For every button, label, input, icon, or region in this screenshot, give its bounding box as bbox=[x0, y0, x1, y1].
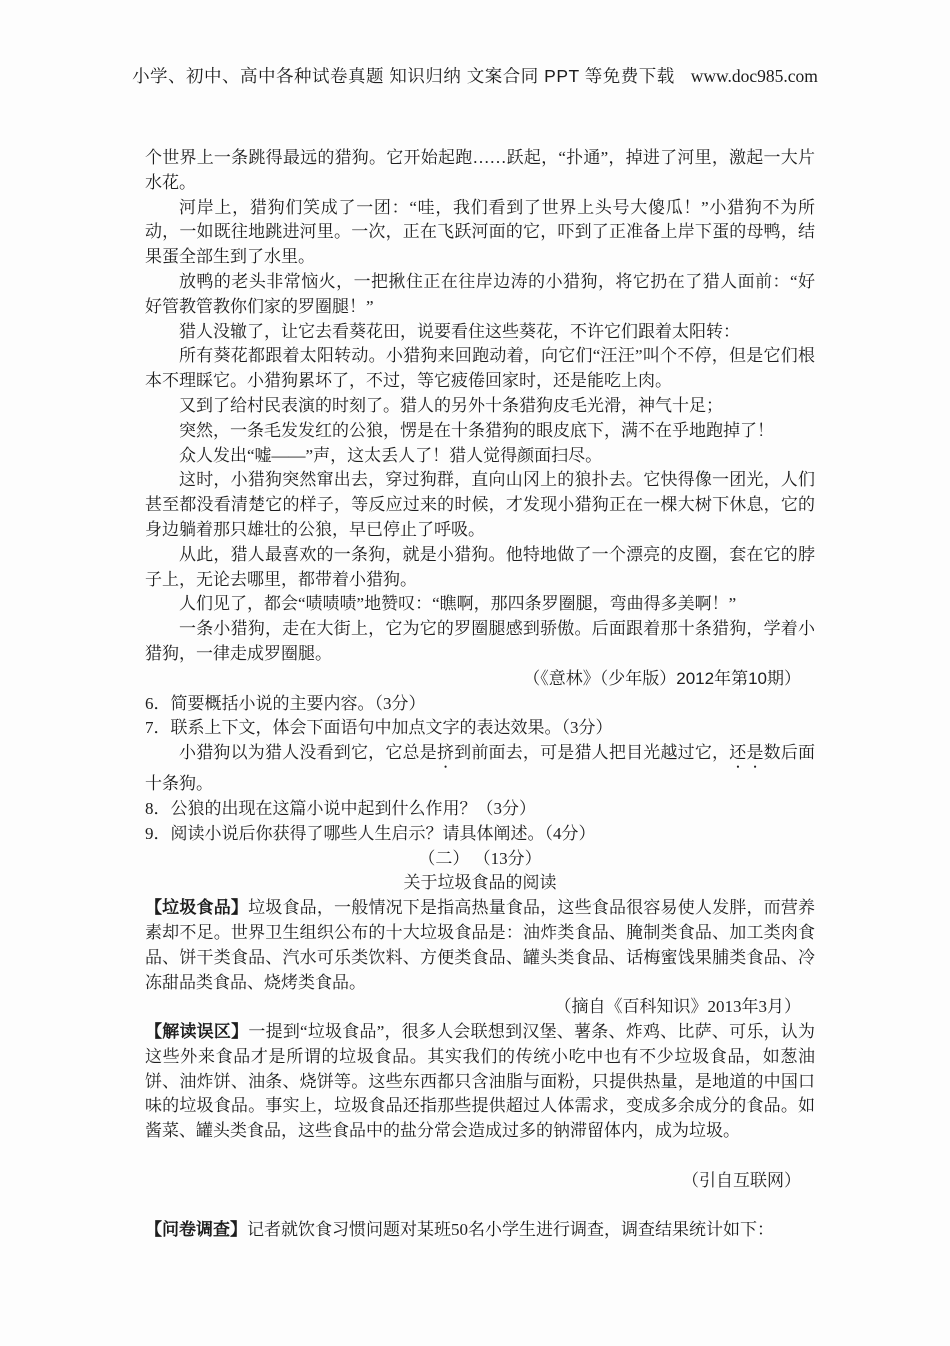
story-paragraph: 从此，猎人最喜欢的一条狗，就是小猎狗。他特地做了一个漂亮的皮圈，套在它的脖子上，… bbox=[145, 543, 815, 593]
header-promo-text: 小学、初中、高中各种试卷真题 知识归纳 文案合同 PPT 等免费下载 bbox=[132, 66, 675, 86]
story-paragraph: 突然，一条毛发发红的公狼，愣是在十条猎狗的眼皮底下，满不在乎地跑掉了！ bbox=[145, 419, 815, 444]
story-paragraph: 所有葵花都跟着太阳转动。小猎狗来回跑动着，向它们“汪汪”叫个不停，但是它们根本不… bbox=[145, 344, 815, 394]
misread-label: 【解读误区】 bbox=[145, 1022, 248, 1041]
question-7-quote: 小猎狗以为猎人没看到它，它总是挤到前面去，可是猎人把目光越过它，还是数后面十条狗… bbox=[145, 741, 815, 797]
story-paragraph: 放鸭的老头非常恼火，一把揪住正在往岸边涛的小猎狗，将它扔在了猎人面前：“好好管教… bbox=[145, 270, 815, 320]
section-two-heading: （二） （13分） bbox=[145, 847, 815, 872]
section-two-title: 关于垃圾食品的阅读 bbox=[145, 871, 815, 896]
junk-food-label: 【垃圾食品】 bbox=[145, 898, 248, 917]
story-source: （《意林》（少年版）2012年第10期） bbox=[145, 667, 815, 692]
survey-paragraph: 【问卷调查】记者就饮食习惯问题对某班50名小学生进行调查，调查结果统计如下： bbox=[145, 1218, 815, 1243]
document-body: 个世界上一条跳得最远的猎狗。它开始起跑……跃起，“扑通”，掉进了河里，激起一大片… bbox=[145, 146, 815, 1243]
survey-label: 【问卷调查】 bbox=[145, 1220, 247, 1239]
quote-emphasized-text: 还是 bbox=[729, 743, 763, 762]
blank-line bbox=[145, 1144, 815, 1169]
story-paragraph: 河岸上，猎狗们笑成了一团：“哇，我们看到了世界上头号大傻瓜！”小猎狗不为所动，一… bbox=[145, 196, 815, 270]
story-paragraph: 猎人没辙了，让它去看葵花田，说要看住这些葵花，不许它们跟着太阳转： bbox=[145, 320, 815, 345]
misread-source: （引自互联网） bbox=[145, 1169, 815, 1194]
story-paragraph: 人们见了，都会“啧啧啧”地赞叹：“瞧啊，那四条罗圈腿，弯曲得多美啊！” bbox=[145, 592, 815, 617]
story-paragraph: 个世界上一条跳得最远的猎狗。它开始起跑……跃起，“扑通”，掉进了河里，激起一大片… bbox=[145, 146, 815, 196]
question-9: 9．阅读小说后你获得了哪些人生启示？请具体阐述。（4分） bbox=[145, 822, 815, 847]
story-paragraph: 众人发出“嘘——”声，这太丢人了！猎人觉得颜面扫尽。 bbox=[145, 444, 815, 469]
quote-segment: 到前面去，可是猎人把目光越过它， bbox=[454, 743, 729, 762]
survey-text: 记者就饮食习惯问题对某班50名小学生进行调查，调查结果统计如下： bbox=[247, 1220, 774, 1239]
site-header: 小学、初中、高中各种试卷真题 知识归纳 文案合同 PPT 等免费下载www.do… bbox=[0, 63, 950, 88]
question-7: 7．联系上下文，体会下面语句中加点文字的表达效果。（3分） bbox=[145, 716, 815, 741]
quote-segment: 小猎狗以为猎人没看到它，它总是 bbox=[179, 743, 437, 762]
junk-food-source: （摘自《百科知识》2013年3月） bbox=[145, 995, 815, 1020]
story-paragraph: 又到了给村民表演的时刻了。猎人的另外十条猎狗皮毛光滑，神气十足； bbox=[145, 394, 815, 419]
misread-paragraph: 【解读误区】一提到“垃圾食品”，很多人会联想到汉堡、薯条、炸鸡、比萨、可乐，认为… bbox=[145, 1020, 815, 1144]
document-page: 小学、初中、高中各种试卷真题 知识归纳 文案合同 PPT 等免费下载www.do… bbox=[0, 0, 950, 1346]
question-6: 6．简要概括小说的主要内容。（3分） bbox=[145, 692, 815, 717]
blank-line bbox=[145, 1194, 815, 1219]
story-paragraph: 一条小猎狗，走在大街上，它为它的罗圈腿感到骄傲。后面跟着那十条猎狗，学着小猎狗，… bbox=[145, 617, 815, 667]
junk-food-paragraph: 【垃圾食品】垃圾食品，一般情况下是指高热量食品，这些食品很容易使人发胖，而营养素… bbox=[145, 896, 815, 995]
quote-emphasized-text: 挤 bbox=[437, 743, 454, 762]
story-paragraph: 这时，小猎狗突然窜出去，穿过狗群，直向山冈上的狼扑去。它快得像一团光，人们甚至都… bbox=[145, 468, 815, 542]
question-8: 8．公狼的出现在这篇小说中起到什么作用？（3分） bbox=[145, 797, 815, 822]
header-site-url: www.doc985.com bbox=[691, 66, 818, 86]
